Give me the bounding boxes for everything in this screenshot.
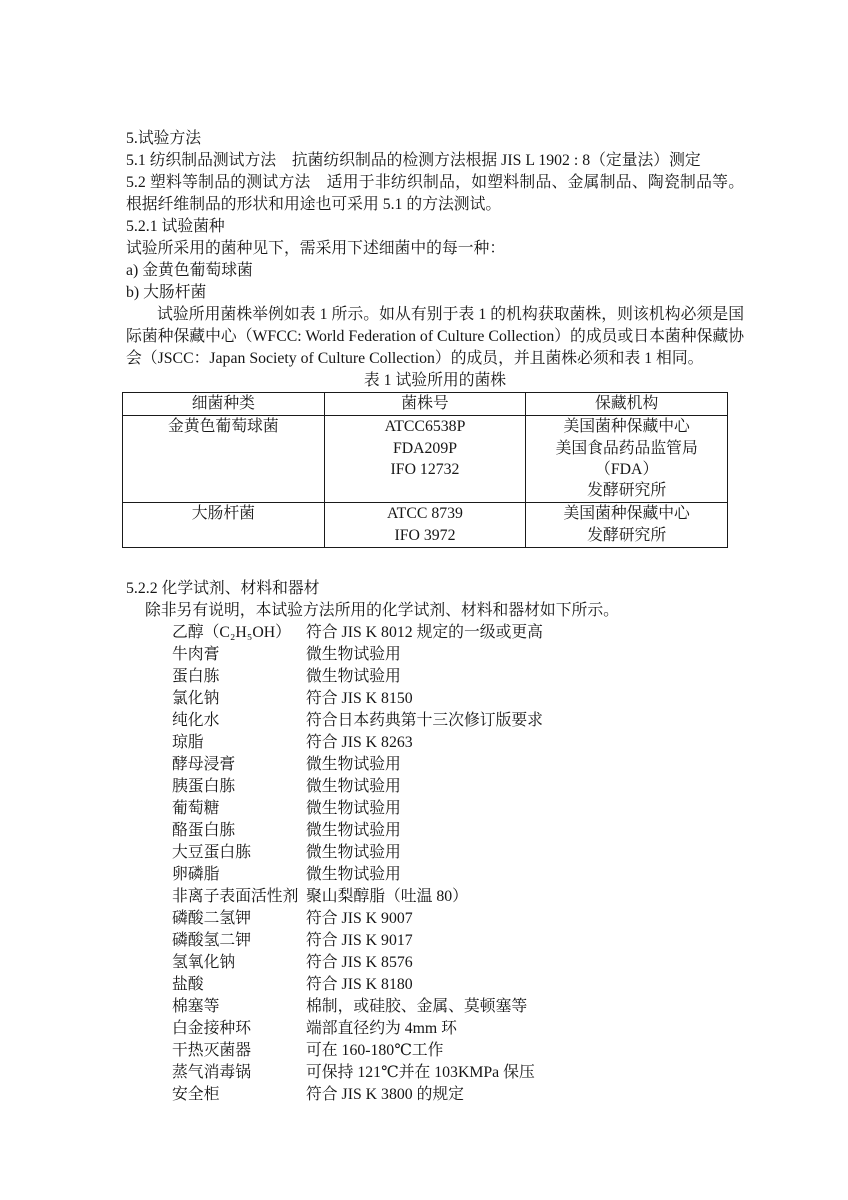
para-strain-intro: 试验所采用的菌种见下，需采用下述细菌中的每一种： [126,238,744,260]
reagent-row: 卵磷脂微生物试验用 [126,864,744,886]
para-5-2: 5.2 塑料等制品的测试方法 适用于非纺织制品，如塑料制品、金属制品、陶瓷制品等… [126,172,744,216]
reagent-name: 白金接种环 [172,1018,306,1040]
strain-number-cell: ATCC6538PFDA209PIFO 12732 [324,416,526,503]
reagent-row: 磷酸二氢钾符合 JIS K 9007 [126,908,744,930]
section-heading-5: 5.试验方法 [126,128,744,150]
reagent-spec: 符合日本药典第十三次修订版要求 [306,710,744,732]
reagent-spec: 可在 160-180℃工作 [306,1040,744,1062]
reagent-row: 蒸气消毒锅可保持 121℃并在 103KMPa 保压 [126,1062,744,1084]
species-cell: 大肠杆菌 [123,503,325,548]
reagent-row: 纯化水符合日本药典第十三次修订版要求 [126,710,744,732]
table-row: 金黄色葡萄球菌ATCC6538PFDA209PIFO 12732美国菌种保藏中心… [123,416,728,503]
reagent-row: 葡萄糖微生物试验用 [126,798,744,820]
reagent-spec: 端部直径约为 4mm 环 [306,1018,744,1040]
reagent-name: 磷酸氢二钾 [172,930,306,952]
reagent-row: 胰蛋白胨微生物试验用 [126,776,744,798]
reagent-name: 非离子表面活性剂 [172,886,306,908]
reagent-row: 琼脂符合 JIS K 8263 [126,732,744,754]
strain-number-line: ATCC 8739 [327,503,524,524]
list-item-a: a) 金黄色葡萄球菌 [126,260,744,282]
institution-line: 发酵研究所 [528,480,725,501]
reagent-name: 大豆蛋白胨 [172,842,306,864]
reagent-name: 盐酸 [172,974,306,996]
reagent-spec: 微生物试验用 [306,864,744,886]
reagent-spec: 棉制，或硅胶、金属、莫顿塞等 [306,996,744,1018]
para-strain-detail: 试验所用菌株举例如表 1 所示。如从有别于表 1 的机构获取菌株，则该机构必须是… [126,304,744,370]
reagent-spec: 微生物试验用 [306,798,744,820]
col-header-strain-number: 菌株号 [324,393,526,416]
reagent-row: 牛肉膏微生物试验用 [126,644,744,666]
reagent-name: 卵磷脂 [172,864,306,886]
document-page: 5.试验方法 5.1 纺织制品测试方法 抗菌纺织制品的检测方法根据 JIS L … [0,0,848,1200]
para-5-1: 5.1 纺织制品测试方法 抗菌纺织制品的检测方法根据 JIS L 1902 : … [126,150,744,172]
reagent-name: 纯化水 [172,710,306,732]
reagent-spec: 聚山梨醇脂（吐温 80） [306,886,744,908]
strain-table: 细菌种类 菌株号 保藏机构 金黄色葡萄球菌ATCC6538PFDA209PIFO… [122,392,728,548]
reagent-row: 非离子表面活性剂聚山梨醇脂（吐温 80） [126,886,744,908]
reagent-spec: 微生物试验用 [306,666,744,688]
reagent-row: 酵母浸膏微生物试验用 [126,754,744,776]
col-header-institution: 保藏机构 [526,393,728,416]
institution-cell: 美国菌种保藏中心发酵研究所 [526,503,728,548]
reagent-name: 安全柜 [172,1084,306,1106]
reagent-name: 牛肉膏 [172,644,306,666]
list-item-b: b) 大肠杆菌 [126,282,744,304]
reagent-row: 蛋白胨微生物试验用 [126,666,744,688]
reagent-row: 氢氧化钠符合 JIS K 8576 [126,952,744,974]
reagent-row: 乙醇（C₂H₅OH）符合 JIS K 8012 规定的一级或更高 [126,622,744,644]
strain-number-line: ATCC6538P [327,416,524,437]
reagent-row: 盐酸符合 JIS K 8180 [126,974,744,996]
col-header-species: 细菌种类 [123,393,325,416]
reagent-name: 酵母浸膏 [172,754,306,776]
para-reagent-intro: 除非另有说明，本试验方法所用的化学试剂、材料和器材如下所示。 [126,600,744,622]
reagent-row: 氯化钠符合 JIS K 8150 [126,688,744,710]
strain-number-line: IFO 12732 [327,459,524,480]
reagent-spec: 符合 JIS K 8012 规定的一级或更高 [306,622,744,644]
reagent-spec: 可保持 121℃并在 103KMPa 保压 [306,1062,744,1084]
reagent-row: 酪蛋白胨微生物试验用 [126,820,744,842]
reagent-spec: 微生物试验用 [306,842,744,864]
reagent-spec: 符合 JIS K 8576 [306,952,744,974]
reagent-name: 磷酸二氢钾 [172,908,306,930]
strain-table-body: 金黄色葡萄球菌ATCC6538PFDA209PIFO 12732美国菌种保藏中心… [123,416,728,548]
reagent-name: 琼脂 [172,732,306,754]
reagent-name: 氢氧化钠 [172,952,306,974]
reagent-name: 酪蛋白胨 [172,820,306,842]
reagent-spec: 微生物试验用 [306,754,744,776]
reagent-spec: 符合 JIS K 9007 [306,908,744,930]
reagent-name: 氯化钠 [172,688,306,710]
reagent-row: 磷酸氢二钾符合 JIS K 9017 [126,930,744,952]
reagent-name: 葡萄糖 [172,798,306,820]
institution-line: 美国菌种保藏中心 [528,416,725,437]
reagent-row: 安全柜符合 JIS K 3800 的规定 [126,1084,744,1106]
institution-line: 美国菌种保藏中心 [528,503,725,524]
reagent-row: 大豆蛋白胨微生物试验用 [126,842,744,864]
reagent-name: 棉塞等 [172,996,306,1018]
strain-number-line: FDA209P [327,438,524,459]
reagent-spec: 微生物试验用 [306,820,744,842]
reagent-spec: 微生物试验用 [306,776,744,798]
reagent-row: 棉塞等棉制，或硅胶、金属、莫顿塞等 [126,996,744,1018]
strain-table-head: 细菌种类 菌株号 保藏机构 [123,393,728,416]
reagent-spec: 符合 JIS K 8150 [306,688,744,710]
reagent-name: 乙醇（C₂H₅OH） [172,622,306,644]
table-row: 大肠杆菌ATCC 8739IFO 3972美国菌种保藏中心发酵研究所 [123,503,728,548]
strain-number-cell: ATCC 8739IFO 3972 [324,503,526,548]
reagent-row: 白金接种环端部直径约为 4mm 环 [126,1018,744,1040]
reagent-name: 蛋白胨 [172,666,306,688]
institution-line: 美国食品药品监管局（FDA） [528,438,725,481]
reagent-spec: 微生物试验用 [306,644,744,666]
reagent-list: 乙醇（C₂H₅OH）符合 JIS K 8012 规定的一级或更高牛肉膏微生物试验… [126,622,744,1106]
reagent-name: 蒸气消毒锅 [172,1062,306,1084]
heading-5-2-1: 5.2.1 试验菌种 [126,216,744,238]
table-header-row: 细菌种类 菌株号 保藏机构 [123,393,728,416]
reagent-row: 干热灭菌器可在 160-180℃工作 [126,1040,744,1062]
heading-5-2-2: 5.2.2 化学试剂、材料和器材 [126,578,744,600]
institution-line: 发酵研究所 [528,525,725,546]
table-caption: 表 1 试验所用的菌株 [126,370,744,392]
institution-cell: 美国菌种保藏中心美国食品药品监管局（FDA）发酵研究所 [526,416,728,503]
reagent-spec: 符合 JIS K 3800 的规定 [306,1084,744,1106]
reagent-name: 胰蛋白胨 [172,776,306,798]
reagent-spec: 符合 JIS K 8263 [306,732,744,754]
document-content: 5.试验方法 5.1 纺织制品测试方法 抗菌纺织制品的检测方法根据 JIS L … [126,128,744,1106]
species-cell: 金黄色葡萄球菌 [123,416,325,503]
reagent-spec: 符合 JIS K 8180 [306,974,744,996]
strain-number-line: IFO 3972 [327,525,524,546]
reagent-name: 干热灭菌器 [172,1040,306,1062]
reagent-spec: 符合 JIS K 9017 [306,930,744,952]
